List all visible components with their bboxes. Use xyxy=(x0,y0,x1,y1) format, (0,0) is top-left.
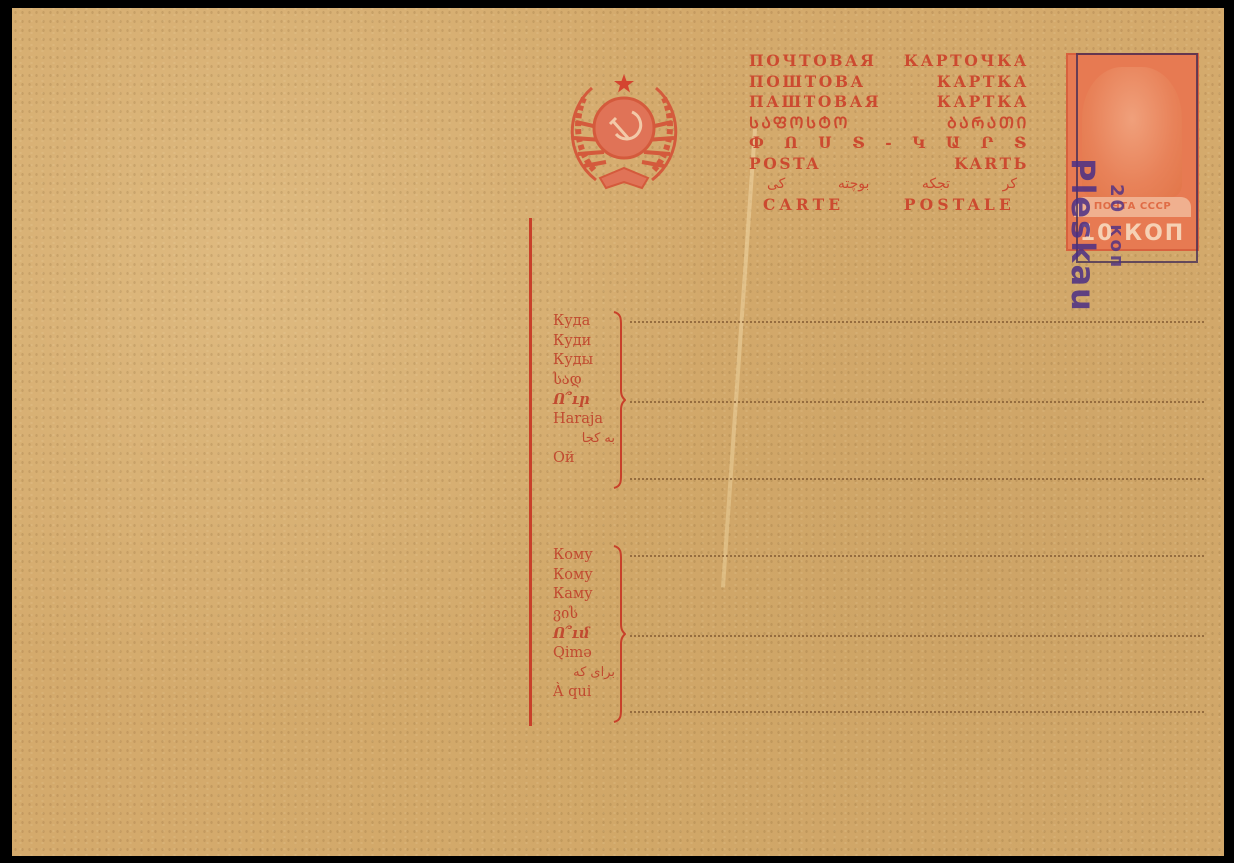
address-line-3[interactable] xyxy=(630,478,1204,480)
title-ukrainian: ПОШТОВА КАРТКА xyxy=(749,72,1029,93)
brace-icon xyxy=(612,544,626,724)
vertical-divider xyxy=(529,218,532,726)
overprint-pleskau: Pleskau xyxy=(1064,158,1102,313)
address-line-1[interactable] xyxy=(630,321,1204,323)
title-russian: ПОЧТОВАЯ КАРТОЧКА xyxy=(749,51,1029,72)
ussr-emblem-icon xyxy=(554,60,694,200)
title-armenian: Փ Ո Ս Տ - Կ Ա Ր Տ xyxy=(749,133,1029,154)
title-latin: POSTA KARTЬ xyxy=(749,154,1029,175)
recipient-line-2[interactable] xyxy=(630,635,1204,637)
title-french: CARTE POSTALE xyxy=(749,195,1029,216)
brace-icon xyxy=(612,310,626,490)
recipient-line-3[interactable] xyxy=(630,711,1204,713)
overprint-value: 20 коп xyxy=(1106,184,1127,270)
title-georgian: ᲡᲐᲤᲝᲡᲢᲝ ᲑᲐᲠᲐᲗᲘ xyxy=(749,113,1029,134)
title-block: ПОЧТОВАЯ КАРТОЧКА ПОШТОВА КАРТКА ПАШТОВА… xyxy=(749,51,1029,215)
title-belarusian: ПАШТОВАЯ КАРТКА xyxy=(749,92,1029,113)
recipient-line-1[interactable] xyxy=(630,555,1204,557)
title-arabic-script: کر تجکه بوچته کی xyxy=(749,174,1029,195)
address-line-2[interactable] xyxy=(630,401,1204,403)
postcard: ПОЧТОВАЯ КАРТОЧКА ПОШТОВА КАРТКА ПАШТОВА… xyxy=(12,8,1224,856)
